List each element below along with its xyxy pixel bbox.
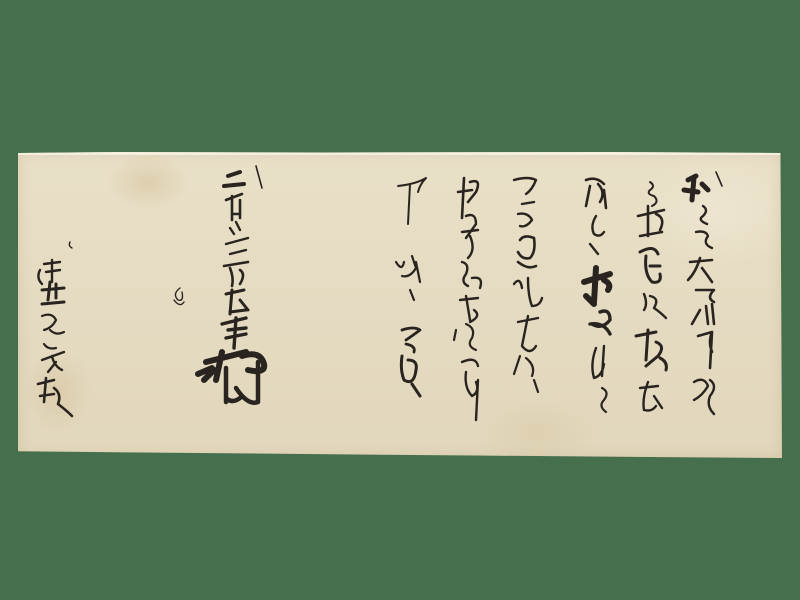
addressee-column	[38, 242, 72, 416]
text-column-5	[454, 178, 481, 420]
date-signature-column	[174, 166, 264, 403]
text-column-1	[684, 172, 722, 414]
text-column-2	[636, 182, 666, 411]
calligraphy-ink-layer	[0, 0, 800, 600]
text-column-4	[514, 178, 542, 392]
text-column-6	[396, 178, 426, 396]
text-column-3	[584, 179, 610, 412]
